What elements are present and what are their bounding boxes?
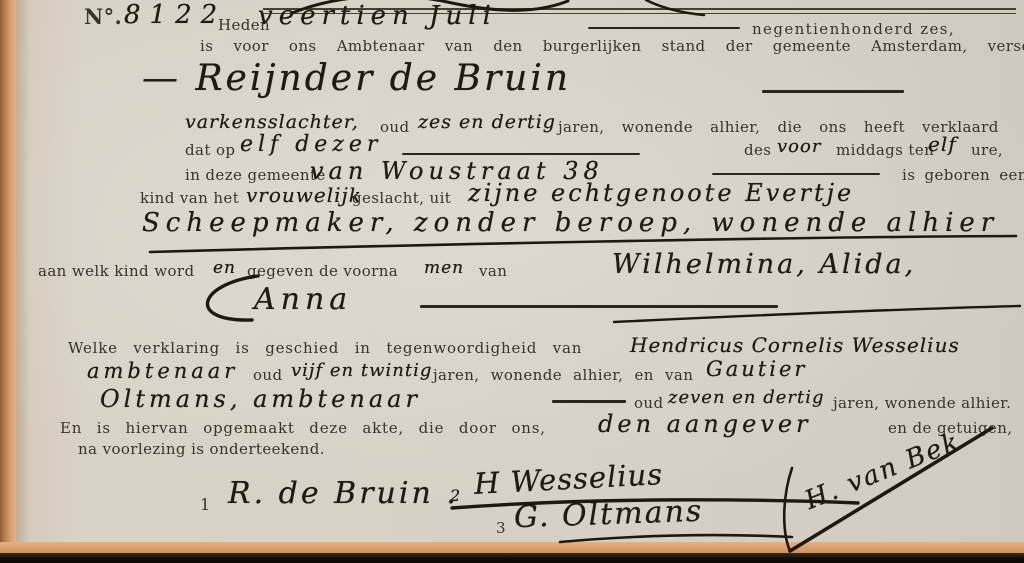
printed-gegeven: gegeven de voorna	[247, 262, 398, 280]
printed-in-deze-gemeente: in deze gemeente	[185, 166, 326, 184]
filler-dash-date	[588, 27, 740, 29]
hw-given-names-1: Wilhelmina, Alida,	[612, 249, 916, 280]
printed-des: des	[744, 141, 771, 159]
hw-date: veertien Juli	[258, 1, 497, 31]
filler-dash-day	[402, 153, 640, 155]
filler-dash-address	[712, 173, 880, 175]
filler-dash-witness2	[552, 400, 626, 403]
printed-oud: oud	[380, 118, 410, 136]
scan-dark-band	[0, 553, 1024, 563]
printed-after-witness2: jaren, wonende alhier.	[833, 394, 1011, 412]
signature4-flourish	[784, 468, 792, 551]
printed-middags-ten: middags ten	[836, 141, 934, 159]
hw-birth-day: elf dezer	[240, 132, 382, 157]
hw-witness2-firstname: Gautier	[706, 357, 807, 381]
signature-number-1: 1	[200, 495, 211, 514]
hw-geslacht: vrouwelijk	[246, 183, 362, 207]
page-crease-shadow	[16, 0, 30, 563]
signature-witness2: G. Oltmans	[513, 494, 703, 536]
bracket-flourish-anna	[208, 276, 258, 320]
book-edge-strip	[0, 0, 16, 563]
hw-declarant-occupation: varkensslachter,	[185, 111, 359, 133]
printed-year: negentienhonderd zes,	[752, 20, 955, 38]
hw-daypart: voor	[777, 136, 821, 157]
printed-closing-2: na voorlezing is onderteekend.	[78, 440, 325, 458]
hw-given-names-2: Anna	[254, 282, 352, 317]
printed-after-witness1: jaren, wonende alhier, en van	[433, 366, 693, 384]
record-number-label: N°.	[84, 4, 122, 29]
signature-declarant: R. de Bruin .	[228, 476, 459, 511]
printed-witness-intro: Welke verklaring is geschied in tegenwoo…	[68, 339, 582, 357]
printed-is-geboren-een: is geboren een	[902, 166, 1024, 184]
printed-oud-1: oud	[253, 366, 283, 384]
printed-kind-van-het: kind van het	[140, 189, 239, 207]
hw-en: en	[213, 258, 236, 278]
bottom-page-edge	[0, 542, 1024, 553]
printed-geslacht-uit: geslacht, uit	[352, 189, 451, 207]
birth-certificate-scan: N°. 8122 Heden veertien Juli negentienho…	[0, 0, 1024, 563]
hw-witness2-rest: Oltmans, ambtenaar	[100, 385, 421, 413]
filler-dash-anna	[420, 305, 778, 308]
signature3-underline	[560, 535, 792, 542]
hw-declarant-age: zes en dertig	[418, 111, 556, 133]
printed-closing-1: En is hiervan opgemaakt deze akte, die d…	[60, 419, 546, 437]
record-number-value: 8122	[124, 0, 226, 30]
hw-birth-hour: elf	[928, 132, 957, 156]
hw-declarant-name: — Reijnder de Bruin	[142, 58, 571, 99]
hw-mother-line1: zijne echtgenoote Evertje	[468, 179, 854, 207]
printed-intro-line: is voor ons Ambtenaar van den burgerlijk…	[200, 37, 1024, 55]
printed-van: van	[479, 262, 507, 280]
signature-witness1: H Wesselius	[473, 457, 664, 501]
signature-witness3: H. van Bek	[801, 427, 965, 516]
signature-number-3: 3	[496, 519, 506, 537]
hw-mother-line2: Scheepmaker, zonder beroep, wonende alhi…	[142, 208, 999, 238]
hw-witness1-name: Hendricus Cornelis Wesselius	[630, 333, 960, 357]
underline-given-names	[614, 306, 1020, 322]
hw-witness1-occupation: ambtenaar	[87, 359, 238, 383]
signature-number-2: 2	[450, 486, 461, 505]
hw-aangever: den aangever	[598, 410, 812, 438]
hw-witness2-age: zeven en dertig	[668, 387, 825, 408]
hw-men: men	[424, 258, 464, 278]
filler-dash-name	[762, 90, 904, 93]
printed-ure: ure,	[971, 141, 1003, 159]
printed-aan-welk: aan welk kind word	[38, 262, 194, 280]
hw-witness1-age: vijf en twintig	[291, 360, 432, 381]
printed-dat-op: dat op	[185, 141, 235, 159]
